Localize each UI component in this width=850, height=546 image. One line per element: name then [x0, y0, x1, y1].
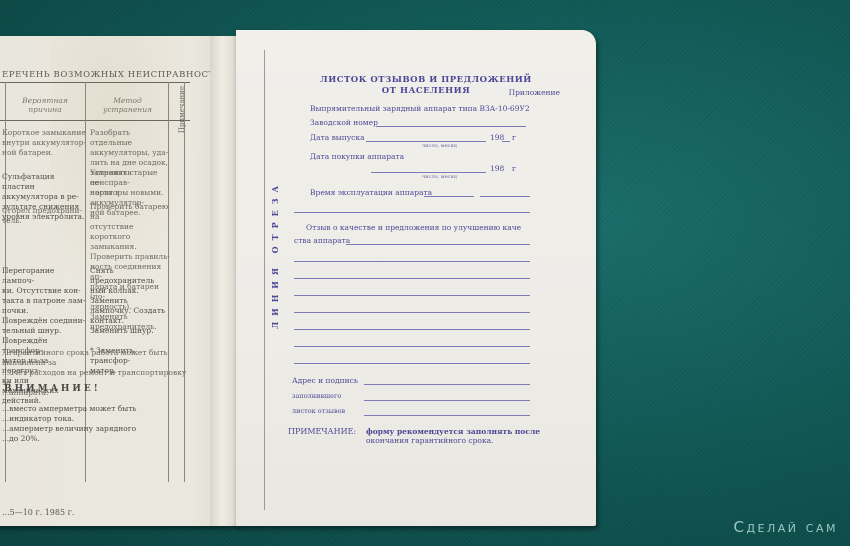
address-label: Адрес и подпись — [292, 376, 358, 385]
sheet-field[interactable] — [364, 415, 530, 416]
release-date-field[interactable] — [366, 141, 486, 142]
review-line[interactable] — [294, 261, 530, 262]
filler-field[interactable] — [364, 400, 530, 401]
form-title: ЛИСТОК ОТЗЫВОВ И ПРЕДЛОЖЕНИЙ ОТ НАСЕЛЕНИ… — [296, 75, 556, 97]
table-cell-cause: Сгорел предохрани- тель. — [2, 206, 86, 226]
note-text-line1: форму рекомендуется заполнять после — [366, 427, 540, 436]
operation-time-field[interactable] — [424, 196, 474, 197]
column-header-fix: Метод устранения — [90, 96, 165, 114]
release-date-label: Дата выпуска — [310, 133, 365, 142]
table-cell-cause: Короткое замыкание внутри аккумулятор- н… — [2, 128, 86, 158]
attention-text: ...вместо амперметра может быть ...индик… — [2, 404, 142, 444]
purchase-date-field[interactable] — [371, 172, 486, 173]
table-header-rule — [0, 120, 190, 121]
note-text-line2: окончания гарантийного срока. — [366, 436, 540, 445]
serial-number-label: Заводской номер — [310, 118, 378, 127]
print-date-footer: ...5—10 г. 1985 г. — [2, 508, 74, 517]
cut-line — [264, 50, 265, 510]
operation-time-field-2[interactable] — [480, 196, 530, 197]
review-line[interactable] — [294, 363, 530, 364]
address-field[interactable] — [364, 384, 530, 385]
column-header-cause: Вероятная причина — [10, 96, 80, 114]
purchase-year-suffix: г — [512, 164, 516, 173]
purchase-date-hint: число, месяц — [422, 174, 457, 180]
operation-time-label: Время эксплуатации аппарата — [310, 188, 432, 197]
release-year-field[interactable] — [502, 141, 510, 142]
review-line[interactable] — [294, 312, 530, 313]
left-page: ЕРЕЧЕНЬ ВОЗМОЖНЫХ НЕИСПРАВНОСТЕЙ Вероятн… — [0, 36, 240, 526]
note-text: форму рекомендуется заполнять после окон… — [366, 427, 540, 445]
purchase-year-prefix: 198 — [490, 164, 504, 173]
form-title-line2: ОТ НАСЕЛЕНИЯ — [296, 86, 556, 97]
review-label-line2: ства аппарата — [294, 236, 350, 245]
form-title-line1: ЛИСТОК ОТЗЫВОВ И ПРЕДЛОЖЕНИЙ — [296, 75, 556, 86]
release-date-hint: число, месяц — [422, 143, 457, 149]
device-type-line: Выпрямительный зарядный аппарат типа ВЗА… — [310, 104, 530, 113]
table-top-rule — [0, 82, 190, 83]
review-line[interactable] — [294, 295, 530, 296]
table-column-divider — [184, 82, 185, 482]
column-header-note: Примечание — [178, 86, 186, 133]
watermark-logo: Сделай сам — [733, 518, 838, 536]
filler-label: заполнившего — [292, 392, 341, 400]
sheet-label: листок отзывов — [292, 407, 345, 415]
cut-line-label: ЛИНИЯ ОТРЕЗА — [270, 180, 280, 329]
review-line[interactable] — [294, 346, 530, 347]
release-year-suffix: г — [512, 133, 516, 142]
review-line[interactable] — [294, 278, 530, 279]
review-line[interactable] — [346, 244, 530, 245]
serial-number-field[interactable] — [376, 126, 526, 127]
review-line[interactable] — [294, 329, 530, 330]
note-label: ПРИМЕЧАНИЕ: — [288, 427, 356, 436]
attention-heading: ВНИМАНИЕ! — [4, 384, 101, 394]
purchase-date-label: Дата покупки аппарата — [310, 152, 404, 161]
feedback-form-page: ЛИНИЯ ОТРЕЗА Приложение ЛИСТОК ОТЗЫВОВ И… — [236, 30, 596, 526]
operation-time-line[interactable] — [294, 212, 530, 213]
troubleshooting-title: ЕРЕЧЕНЬ ВОЗМОЖНЫХ НЕИСПРАВНОСТЕЙ — [2, 70, 230, 80]
review-label-line1: Отзыв о качестве и предложения по улучше… — [306, 223, 521, 232]
